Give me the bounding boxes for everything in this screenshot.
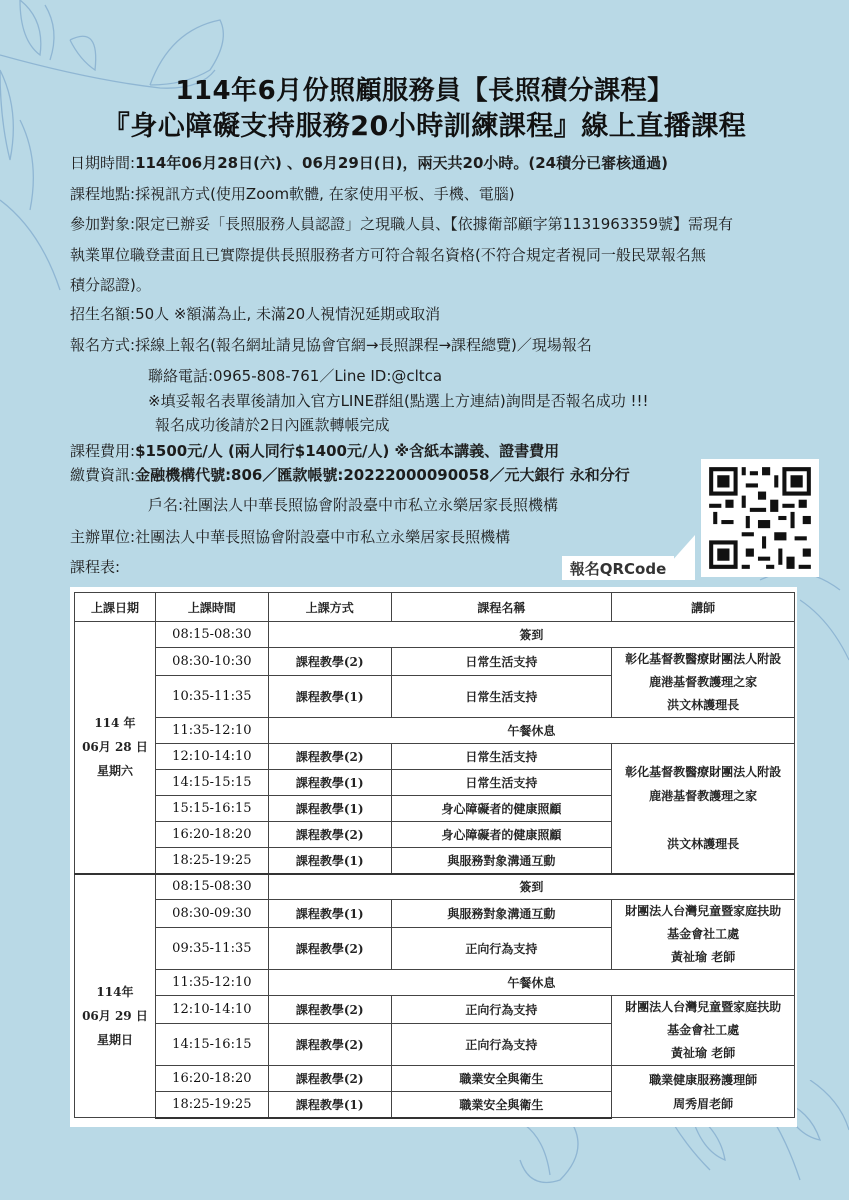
method-cell: 課程教學(1) xyxy=(268,900,391,928)
span-cell: 簽到 xyxy=(268,874,794,900)
course-cell: 與服務對象溝通互動 xyxy=(391,848,612,874)
schedule-label: 課程表: xyxy=(70,556,120,577)
span-cell: 午餐休息 xyxy=(268,718,794,744)
table-row: 114 年 06月 28 日 星期六 08:15-08:30 簽到 xyxy=(75,622,795,648)
header-method: 上課方式 xyxy=(268,593,391,622)
method-cell: 課程教學(2) xyxy=(268,996,391,1024)
teacher-cell: 職業健康服務護理師 周秀眉老師 xyxy=(612,1066,795,1118)
method-cell: 課程教學(1) xyxy=(268,848,391,874)
header-teacher: 講師 xyxy=(612,593,795,622)
target-label: 參加對象: xyxy=(70,215,135,233)
table-row: 08:30-10:30 課程教學(2) 日常生活支持 彰化基督教醫療財團法人附設… xyxy=(75,648,795,676)
course-cell: 日常生活支持 xyxy=(391,770,612,796)
signup-label: 報名方式: xyxy=(70,336,135,354)
time-cell: 08:30-10:30 xyxy=(155,648,268,676)
table-header-row: 上課日期 上課時間 上課方式 課程名稱 講師 xyxy=(75,593,795,622)
signup-qr-code[interactable] xyxy=(701,459,819,577)
table-row: 16:20-18:20 課程教學(2) 職業安全與衛生 職業健康服務護理師 周秀… xyxy=(75,1066,795,1092)
method-cell: 課程教學(1) xyxy=(268,796,391,822)
account-name: 戶名:社團法人中華長照協會附設臺中市私立永樂居家長照機構 xyxy=(148,494,558,515)
header-course: 課程名稱 xyxy=(391,593,612,622)
course-cell: 身心障礙者的健康照顧 xyxy=(391,796,612,822)
course-cell: 日常生活支持 xyxy=(391,648,612,676)
table-row: 12:10-14:10 課程教學(2) 日常生活支持 彰化基督教醫療財團法人附設… xyxy=(75,744,795,770)
teacher-cell: 財團法人台灣兒童暨家庭扶助 基金會社工處 黃祉瑜 老師 xyxy=(612,996,795,1066)
payment-label: 繳費資訊: xyxy=(70,466,135,484)
teacher-cell: 彰化基督教醫療財團法人附設 鹿港基督教護理之家 洪文林護理長 xyxy=(612,744,795,874)
method-cell: 課程教學(2) xyxy=(268,1023,391,1065)
target-info: 參加對象:限定已辦妥「長照服務人員認證」之現職人員、【依據衛部顧字第113196… xyxy=(70,213,733,234)
time-cell: 12:10-14:10 xyxy=(155,744,268,770)
table-row: 12:10-14:10 課程教學(2) 正向行為支持 財團法人台灣兒童暨家庭扶助… xyxy=(75,996,795,1024)
time-cell: 08:30-09:30 xyxy=(155,900,268,928)
target-value-3: 積分認證)。 xyxy=(70,274,151,295)
teacher-cell: 財團法人台灣兒童暨家庭扶助 基金會社工處 黃祉瑜 老師 xyxy=(612,900,795,970)
method-cell: 課程教學(2) xyxy=(268,822,391,848)
table-row: 08:30-09:30 課程教學(1) 與服務對象溝通互動 財團法人台灣兒童暨家… xyxy=(75,900,795,928)
day2-date: 114年 06月 29 日 星期日 xyxy=(75,874,156,1118)
course-cell: 正向行為支持 xyxy=(391,1023,612,1065)
target-value-2: 執業單位職登畫面且已實際提供長照服務者方可符合報名資格(不符合規定者視同一般民眾… xyxy=(70,244,706,265)
course-cell: 日常生活支持 xyxy=(391,744,612,770)
quota-info: 招生名額:50人 ※額滿為止, 未滿20人視情況延期或取消 xyxy=(70,303,440,324)
time-cell: 10:35-11:35 xyxy=(155,675,268,717)
qr-code-icon xyxy=(701,459,819,577)
payment-value: 金融機構代號:806／匯款帳號:20222000090058／元大銀行 永和分行 xyxy=(135,466,630,484)
quota-value: 50人 ※額滿為止, 未滿20人視情況延期或取消 xyxy=(135,305,440,323)
time-cell: 11:35-12:10 xyxy=(155,718,268,744)
page-title-line-1: 114年6月份照顧服務員【長照積分課程】 xyxy=(0,70,849,107)
method-cell: 課程教學(2) xyxy=(268,648,391,676)
time-cell: 18:25-19:25 xyxy=(155,1092,268,1118)
organizer-value: 社團法人中華長照協會附設臺中市私立永樂居家長照機構 xyxy=(135,528,510,546)
method-cell: 課程教學(2) xyxy=(268,927,391,969)
fee-value: $1500元/人 (兩人同行$1400元/人) ※含紙本講義、證書費用 xyxy=(135,442,559,460)
time-cell: 11:35-12:10 xyxy=(155,970,268,996)
method-cell: 課程教學(2) xyxy=(268,1066,391,1092)
location-info: 課程地點:採視訊方式(使用Zoom軟體, 在家使用平板、手機、電腦) xyxy=(70,183,515,204)
time-cell: 12:10-14:10 xyxy=(155,996,268,1024)
contact-info: 聯絡電話:0965-808-761／Line ID:@cltca xyxy=(148,365,442,386)
header-time: 上課時間 xyxy=(155,593,268,622)
time-cell: 15:15-16:15 xyxy=(155,796,268,822)
day1-date: 114 年 06月 28 日 星期六 xyxy=(75,622,156,874)
date-label: 日期時間: xyxy=(70,154,135,172)
signup-info: 報名方式:採線上報名(報名網址請見協會官網→長照課程→課程總覽)／現場報名 xyxy=(70,334,592,355)
location-label: 課程地點: xyxy=(70,185,135,203)
method-cell: 課程教學(1) xyxy=(268,1092,391,1118)
time-cell: 18:25-19:25 xyxy=(155,848,268,874)
time-cell: 16:20-18:20 xyxy=(155,1066,268,1092)
method-cell: 課程教學(1) xyxy=(268,675,391,717)
course-cell: 與服務對象溝通互動 xyxy=(391,900,612,928)
method-cell: 課程教學(2) xyxy=(268,744,391,770)
table-row: 11:35-12:10 午餐休息 xyxy=(75,718,795,744)
time-cell: 16:20-18:20 xyxy=(155,822,268,848)
course-cell: 正向行為支持 xyxy=(391,996,612,1024)
table-row: 11:35-12:10 午餐休息 xyxy=(75,970,795,996)
date-info: 日期時間:114年06月28日(六) 、06月29日(日)，兩天共20小時。(2… xyxy=(70,152,668,173)
course-cell: 日常生活支持 xyxy=(391,675,612,717)
course-cell: 職業安全與衛生 xyxy=(391,1092,612,1118)
qr-label: 報名QRCode xyxy=(562,556,674,580)
time-cell: 08:15-08:30 xyxy=(155,874,268,900)
time-cell: 14:15-15:15 xyxy=(155,770,268,796)
span-cell: 午餐休息 xyxy=(268,970,794,996)
span-cell: 簽到 xyxy=(268,622,794,648)
date-value: 114年06月28日(六) 、06月29日(日)，兩天共20小時。(24積分已審… xyxy=(135,154,668,172)
course-cell: 正向行為支持 xyxy=(391,927,612,969)
organizer-info: 主辦單位:社團法人中華長照協會附設臺中市私立永樂居家長照機構 xyxy=(70,526,510,547)
signup-value: 採線上報名(報名網址請見協會官網→長照課程→課程總覽)／現場報名 xyxy=(135,336,592,354)
teacher-cell: 彰化基督教醫療財團法人附設 鹿港基督教護理之家 洪文林護理長 xyxy=(612,648,795,718)
fee-info: 課程費用:$1500元/人 (兩人同行$1400元/人) ※含紙本講義、證書費用 xyxy=(70,440,559,461)
fee-label: 課程費用: xyxy=(70,442,135,460)
time-cell: 08:15-08:30 xyxy=(155,622,268,648)
course-cell: 身心障礙者的健康照顧 xyxy=(391,822,612,848)
payment-deadline-note: 報名成功後請於2日內匯款轉帳完成 xyxy=(155,414,390,435)
line-group-note: ※填妥報名表單後請加入官方LINE群組(點選上方連結)詢問是否報名成功 !!! xyxy=(148,390,649,411)
method-cell: 課程教學(1) xyxy=(268,770,391,796)
quota-label: 招生名額: xyxy=(70,305,135,323)
payment-info: 繳費資訊:金融機構代號:806／匯款帳號:20222000090058／元大銀行… xyxy=(70,464,630,485)
schedule-table: 上課日期 上課時間 上課方式 課程名稱 講師 114 年 06月 28 日 星期… xyxy=(74,592,795,1119)
target-value-1: 限定已辦妥「長照服務人員認證」之現職人員、【依據衛部顧字第1131963359號… xyxy=(135,215,733,233)
course-cell: 職業安全與衛生 xyxy=(391,1066,612,1092)
header-date: 上課日期 xyxy=(75,593,156,622)
time-cell: 09:35-11:35 xyxy=(155,927,268,969)
location-value: 採視訊方式(使用Zoom軟體, 在家使用平板、手機、電腦) xyxy=(135,185,515,203)
table-row: 114年 06月 29 日 星期日 08:15-08:30 簽到 xyxy=(75,874,795,900)
organizer-label: 主辦單位: xyxy=(70,528,135,546)
time-cell: 14:15-16:15 xyxy=(155,1023,268,1065)
page-title-line-2: 『身心障礙支持服務20小時訓練課程』線上直播課程 xyxy=(0,104,849,143)
